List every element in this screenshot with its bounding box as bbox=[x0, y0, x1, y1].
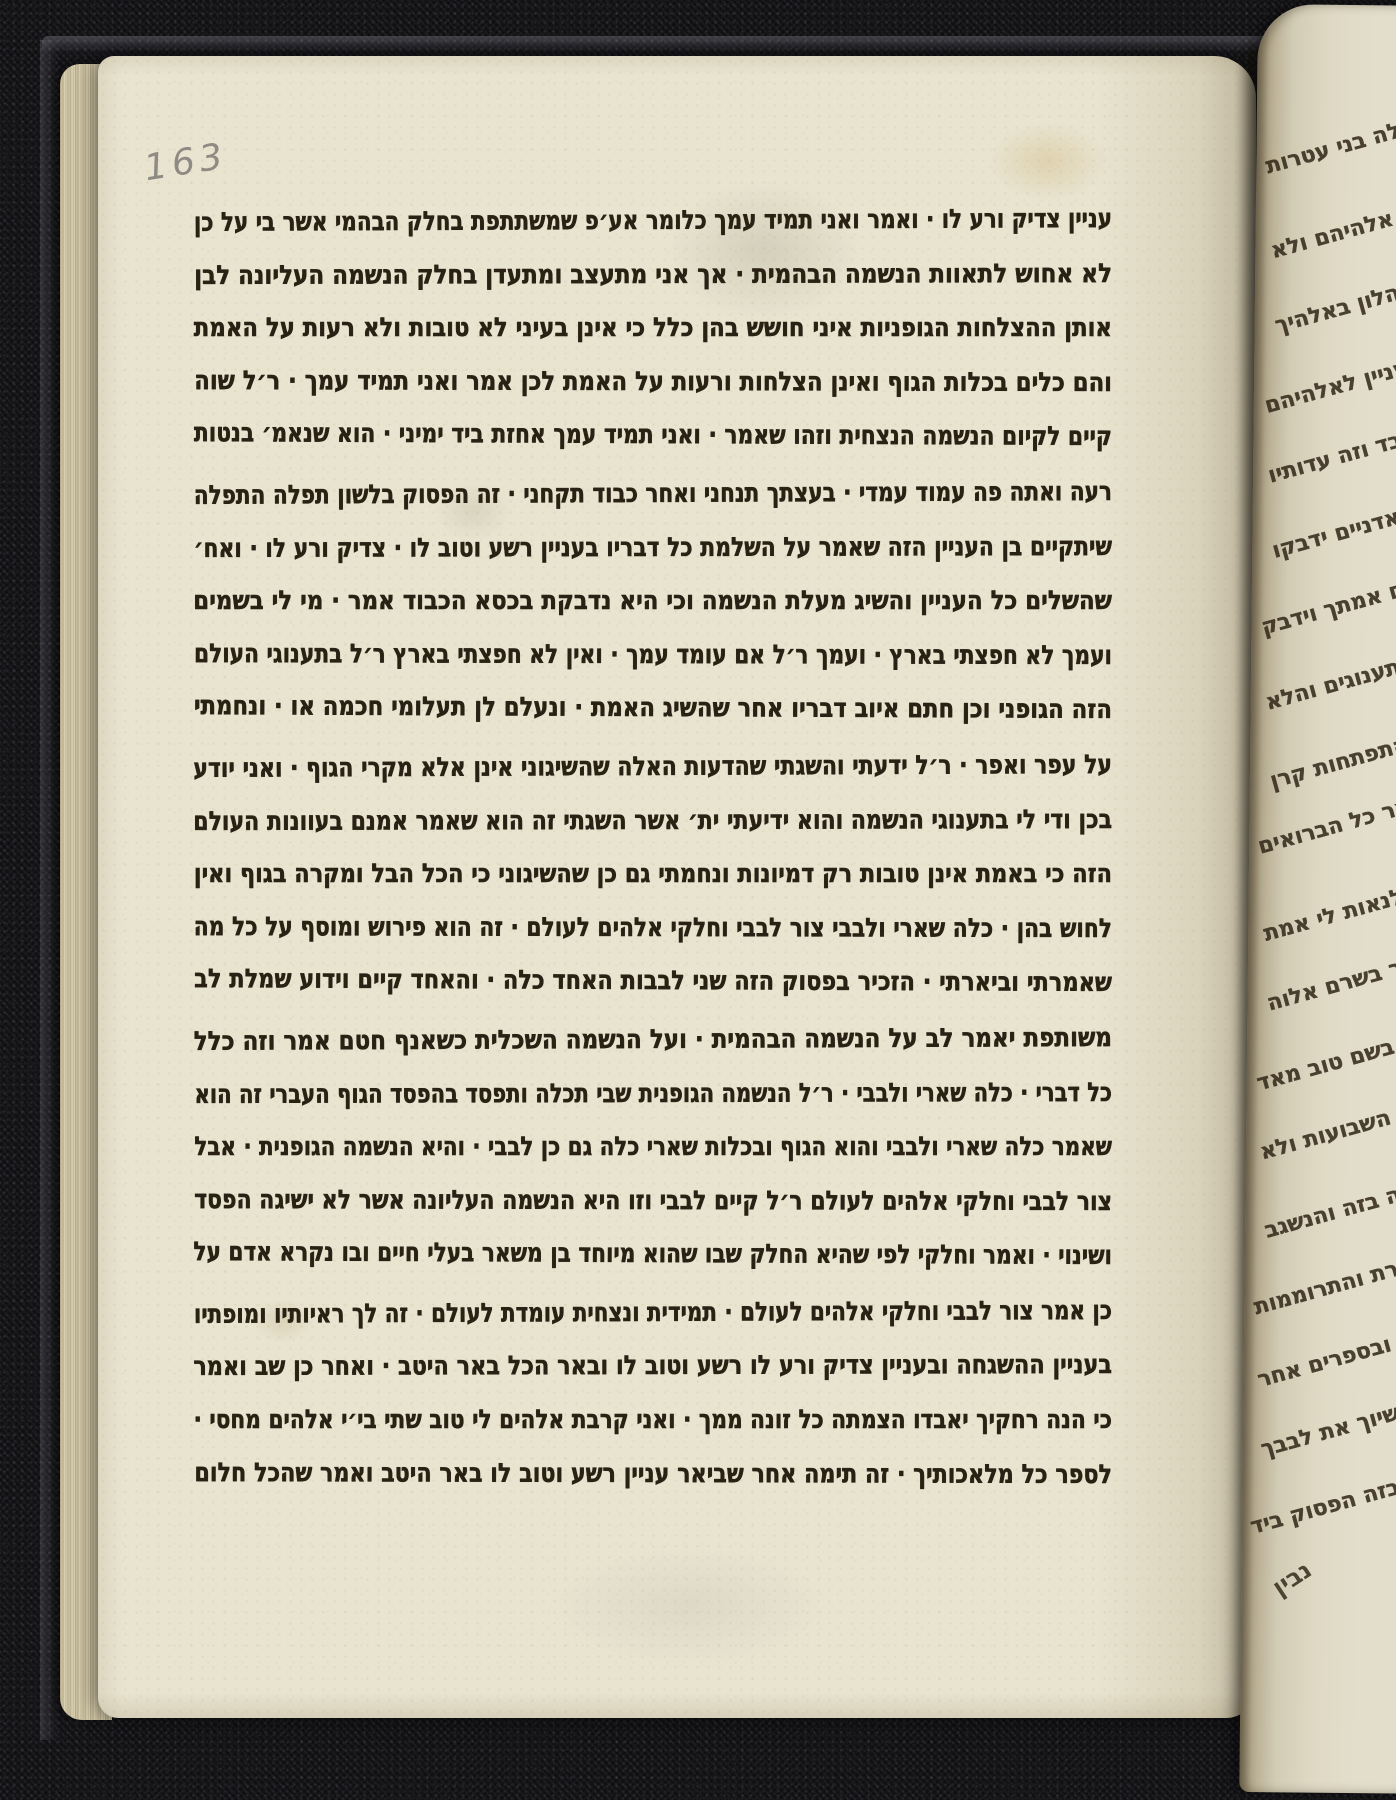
manuscript-line: כל דברי · כלה שארי ולבבי · ר׳ל הנשמה הגו… bbox=[366, 1066, 1112, 1122]
manuscript-line: הזה הגופני וכן חתם איוב דבריו אחר שהשיג … bbox=[310, 680, 1112, 738]
manuscript-line: בעניין ההשגחה ובעניין צדיק ורע לו רשע וט… bbox=[322, 1338, 1112, 1394]
manuscript-photo: 163 עניין צדיק ורע לו · ואמר ואני תמיד ע… bbox=[0, 0, 1396, 1800]
folio-number: 163 bbox=[141, 136, 230, 190]
manuscript-line: עניין צדיק ורע לו · ואמר ואני תמיד עמך כ… bbox=[354, 192, 1112, 250]
manuscript-line: קיים לקיום הנשמה הנצחית וזהו שאמר · ואני… bbox=[343, 407, 1113, 465]
adjacent-page-text-fragment: ואם אלהים אמתך וידבק bbox=[1259, 551, 1396, 640]
manuscript-line: והם כלים בכלות הגוף ואינן הצלחות ורעות ע… bbox=[311, 354, 1113, 410]
manuscript-line: שהשלים כל העניין והשיג מעלת הנשמה וכי הי… bbox=[306, 574, 1112, 629]
adjacent-page-text-fragment: ואם כולם בשם טוב מאד bbox=[1254, 1007, 1396, 1096]
manuscript-line: שיתקיים בן העניין הזה שאמר על השלמת כל ד… bbox=[341, 520, 1112, 576]
manuscript-line: אותן ההצלחות הגופניות איני חושש בהן כלל … bbox=[309, 301, 1112, 356]
manuscript-page: 163 עניין צדיק ורע לו · ואמר ואני תמיד ע… bbox=[98, 56, 1256, 1718]
adjacent-page-text-fragment: אמר ובספרים אחר bbox=[1255, 1318, 1396, 1393]
manuscript-line: צור לבבי וחלקי אלהים לעולם ר׳ל קיים לבבי… bbox=[334, 1173, 1112, 1229]
adjacent-page-text-fragment: בזה הפסוק ביד bbox=[1248, 1475, 1396, 1540]
adjacent-page-text-fragment: ובתפארת והתרוממות bbox=[1251, 1239, 1396, 1320]
manuscript-line: על עפר ואפר · ר׳ל ידעתי והשגתי שהדעות הא… bbox=[336, 738, 1112, 796]
adjacent-page-text-fragment: ואמר כל הברואים bbox=[1255, 787, 1396, 859]
manuscript-line: ושינוי · ואמר וחלקי לפי שהיא החלק שבו שה… bbox=[348, 1226, 1112, 1284]
manuscript-line: לחוש בהן · כלה שארי ולבבי צור לבבי וחלקי… bbox=[344, 900, 1112, 956]
catchword: נבין bbox=[1267, 1556, 1316, 1602]
cover-edge-highlight-left bbox=[40, 40, 58, 1740]
adjacent-page-text-fragment: והנפלאות והתפתחות קרן bbox=[1267, 702, 1396, 794]
manuscript-line: רעה ואתה פה עמוד עמדי · בעצתך תנחני ואחר… bbox=[350, 465, 1112, 523]
manuscript-line: כן אמר צור לבבי וחלקי אלהים לעולם · תמיד… bbox=[355, 1284, 1112, 1342]
manuscript-line: כי הנה רחקיך יאבדו הצמתה כל זונה ממך · ו… bbox=[348, 1393, 1112, 1448]
adjacent-page-text-fragment: אמר אלה בני עטרות bbox=[1263, 100, 1396, 179]
manuscript-line: משותפת יאמר לב על הנשמה הבהמית · ועל הנש… bbox=[300, 1011, 1112, 1069]
adjacent-page-text-fragment: חמרים אחריך אלהיהם ולא bbox=[1268, 168, 1396, 264]
adjacent-page-text-fragment: ובזולתם וכאדניים ידבקו bbox=[1270, 476, 1396, 564]
adjacent-page-text-fragment: ועתה פלאי לנאות לי אמת bbox=[1261, 853, 1396, 947]
manuscript-line: לספר כל מלאכותיך · זה תימה אחר שביאר עני… bbox=[326, 1446, 1112, 1502]
manuscript-line: לא אחוש לתאוות הנשמה הבהמית · אך אני מתע… bbox=[299, 247, 1112, 303]
manuscript-line: הזה כי באמת אינן טובות רק דמיונות ונחמתי… bbox=[321, 847, 1112, 902]
manuscript-line: ועמך לא חפצתי בארץ · ועמך ר׳ל אם עומד עמ… bbox=[346, 627, 1112, 683]
paper-stain bbox=[528, 1536, 848, 1676]
adjacent-page-text-fragment: שיוך את לבבך bbox=[1258, 1400, 1396, 1462]
adjacent-page-text-fragment: מה אתה בזה והנשגב bbox=[1262, 1164, 1396, 1244]
adjacent-page-edge: נבין אמר אלה בני עטרותחמרים אחריך אלהיהם… bbox=[1239, 4, 1396, 1794]
cover-edge-highlight bbox=[42, 36, 1282, 58]
manuscript-line: בכן ודי לי בתענוגי הנשמה והוא ידיעתי ית׳… bbox=[333, 793, 1112, 849]
adjacent-page-text-fragment: מתוך השבועות ולא bbox=[1257, 1090, 1396, 1165]
manuscript-text-block: עניין צדיק ורע לו · ואמר ואני תמיד עמך כ… bbox=[194, 192, 1112, 1502]
manuscript-line: שאמרתי וביארתי · הזכיר בפסוק הזה שני לבב… bbox=[319, 953, 1112, 1011]
adjacent-page-text-fragment: כי כל מר בשרם אלוה bbox=[1264, 935, 1396, 1016]
manuscript-line: שאמר כלה שארי ולבבי והוא הגוף ובכלות שאר… bbox=[356, 1120, 1112, 1175]
adjacent-page-text-fragment: כל אשר בתענוגים והלא bbox=[1263, 628, 1396, 716]
